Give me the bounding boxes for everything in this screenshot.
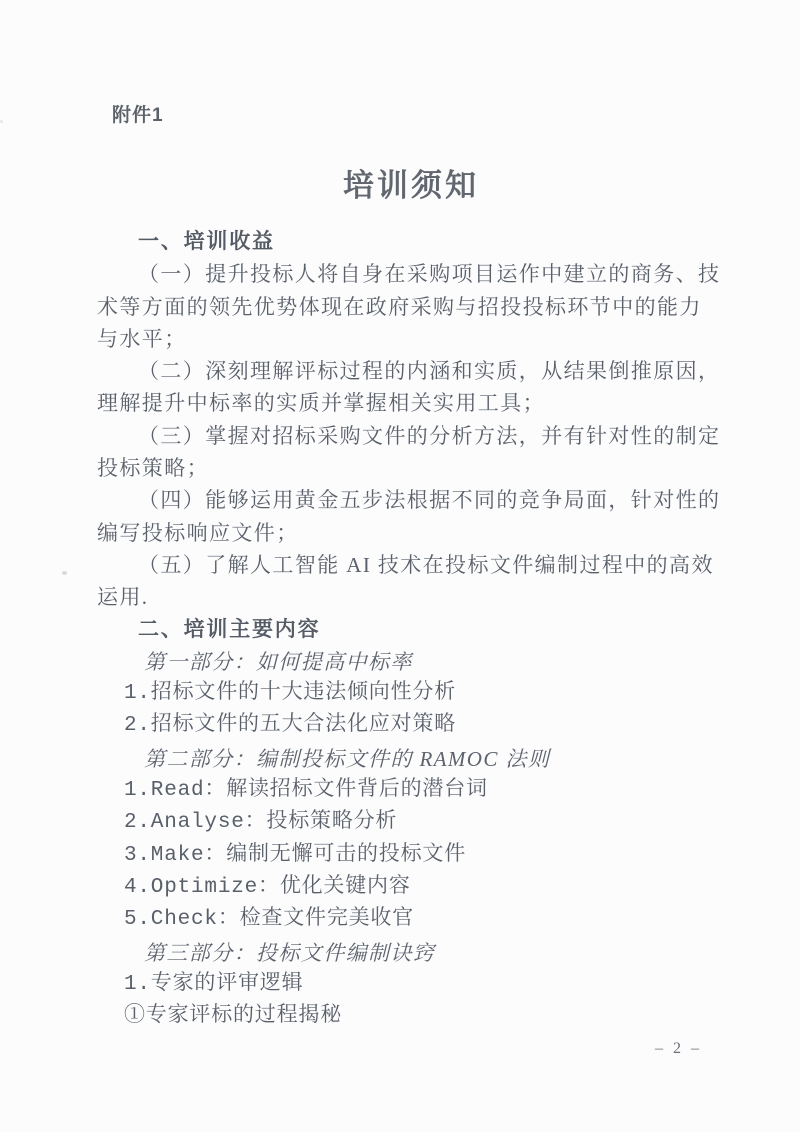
doc-line: 1.Read：解读招标文件背后的潜台词 (97, 775, 713, 807)
doc-line: 第二部分：编制投标文件的 RAMOC 法则 (97, 743, 713, 775)
doc-line: （二）深刻理解评标过程的内涵和实质，从结果倒推原因， (97, 355, 713, 387)
doc-line: 第三部分：投标文件编制诀窍 (97, 937, 713, 969)
doc-line: 5.Check：检查文件完美收官 (97, 904, 713, 936)
doc-line: ①专家评标的过程揭秘 (97, 1001, 713, 1033)
doc-line: 3.Make：编制无懈可击的投标文件 (97, 840, 713, 872)
doc-line: 二、培训主要内容 (97, 614, 713, 646)
scan-artifact-dot (0, 120, 3, 123)
scanned-document-page: 附件1 培训须知 一、培训收益（一）提升投标人将自身在采购项目运作中建立的商务、… (0, 0, 800, 1132)
scan-artifact-dot (62, 571, 67, 575)
page-title: 培训须知 (0, 160, 800, 205)
document-body: 一、培训收益（一）提升投标人将自身在采购项目运作中建立的商务、技术等方面的领先优… (97, 226, 713, 1033)
doc-line: 4.Optimize：优化关键内容 (97, 872, 713, 904)
doc-line: 2.招标文件的五大合法化应对策略 (97, 710, 713, 742)
doc-line: 1.招标文件的十大违法倾向性分析 (97, 678, 713, 710)
doc-line: （三）掌握对招标采购文件的分析方法，并有针对性的制定 (97, 420, 713, 452)
doc-line: 理解提升中标率的实质并掌握相关实用工具； (97, 387, 713, 419)
doc-line: 1.专家的评审逻辑 (97, 969, 713, 1001)
doc-line: 第一部分：如何提高中标率 (97, 646, 713, 678)
attachment-label: 附件1 (112, 100, 164, 127)
doc-line: 一、培训收益 (97, 226, 713, 258)
doc-line: 投标策略； (97, 452, 713, 484)
doc-line: 编写投标响应文件； (97, 517, 713, 549)
doc-line: 术等方面的领先优势体现在政府采购与招投投标环节中的能力 (97, 291, 713, 323)
page-number: – 2 – (655, 1040, 702, 1058)
doc-line: （五）了解人工智能 AI 技术在投标文件编制过程中的高效 (97, 549, 713, 581)
doc-line: （四）能够运用黄金五步法根据不同的竞争局面，针对性的 (97, 484, 713, 516)
doc-line: 运用. (97, 581, 713, 613)
doc-line: 2.Analyse：投标策略分析 (97, 807, 713, 839)
doc-line: 与水平； (97, 323, 713, 355)
doc-line: （一）提升投标人将自身在采购项目运作中建立的商务、技 (97, 258, 713, 290)
